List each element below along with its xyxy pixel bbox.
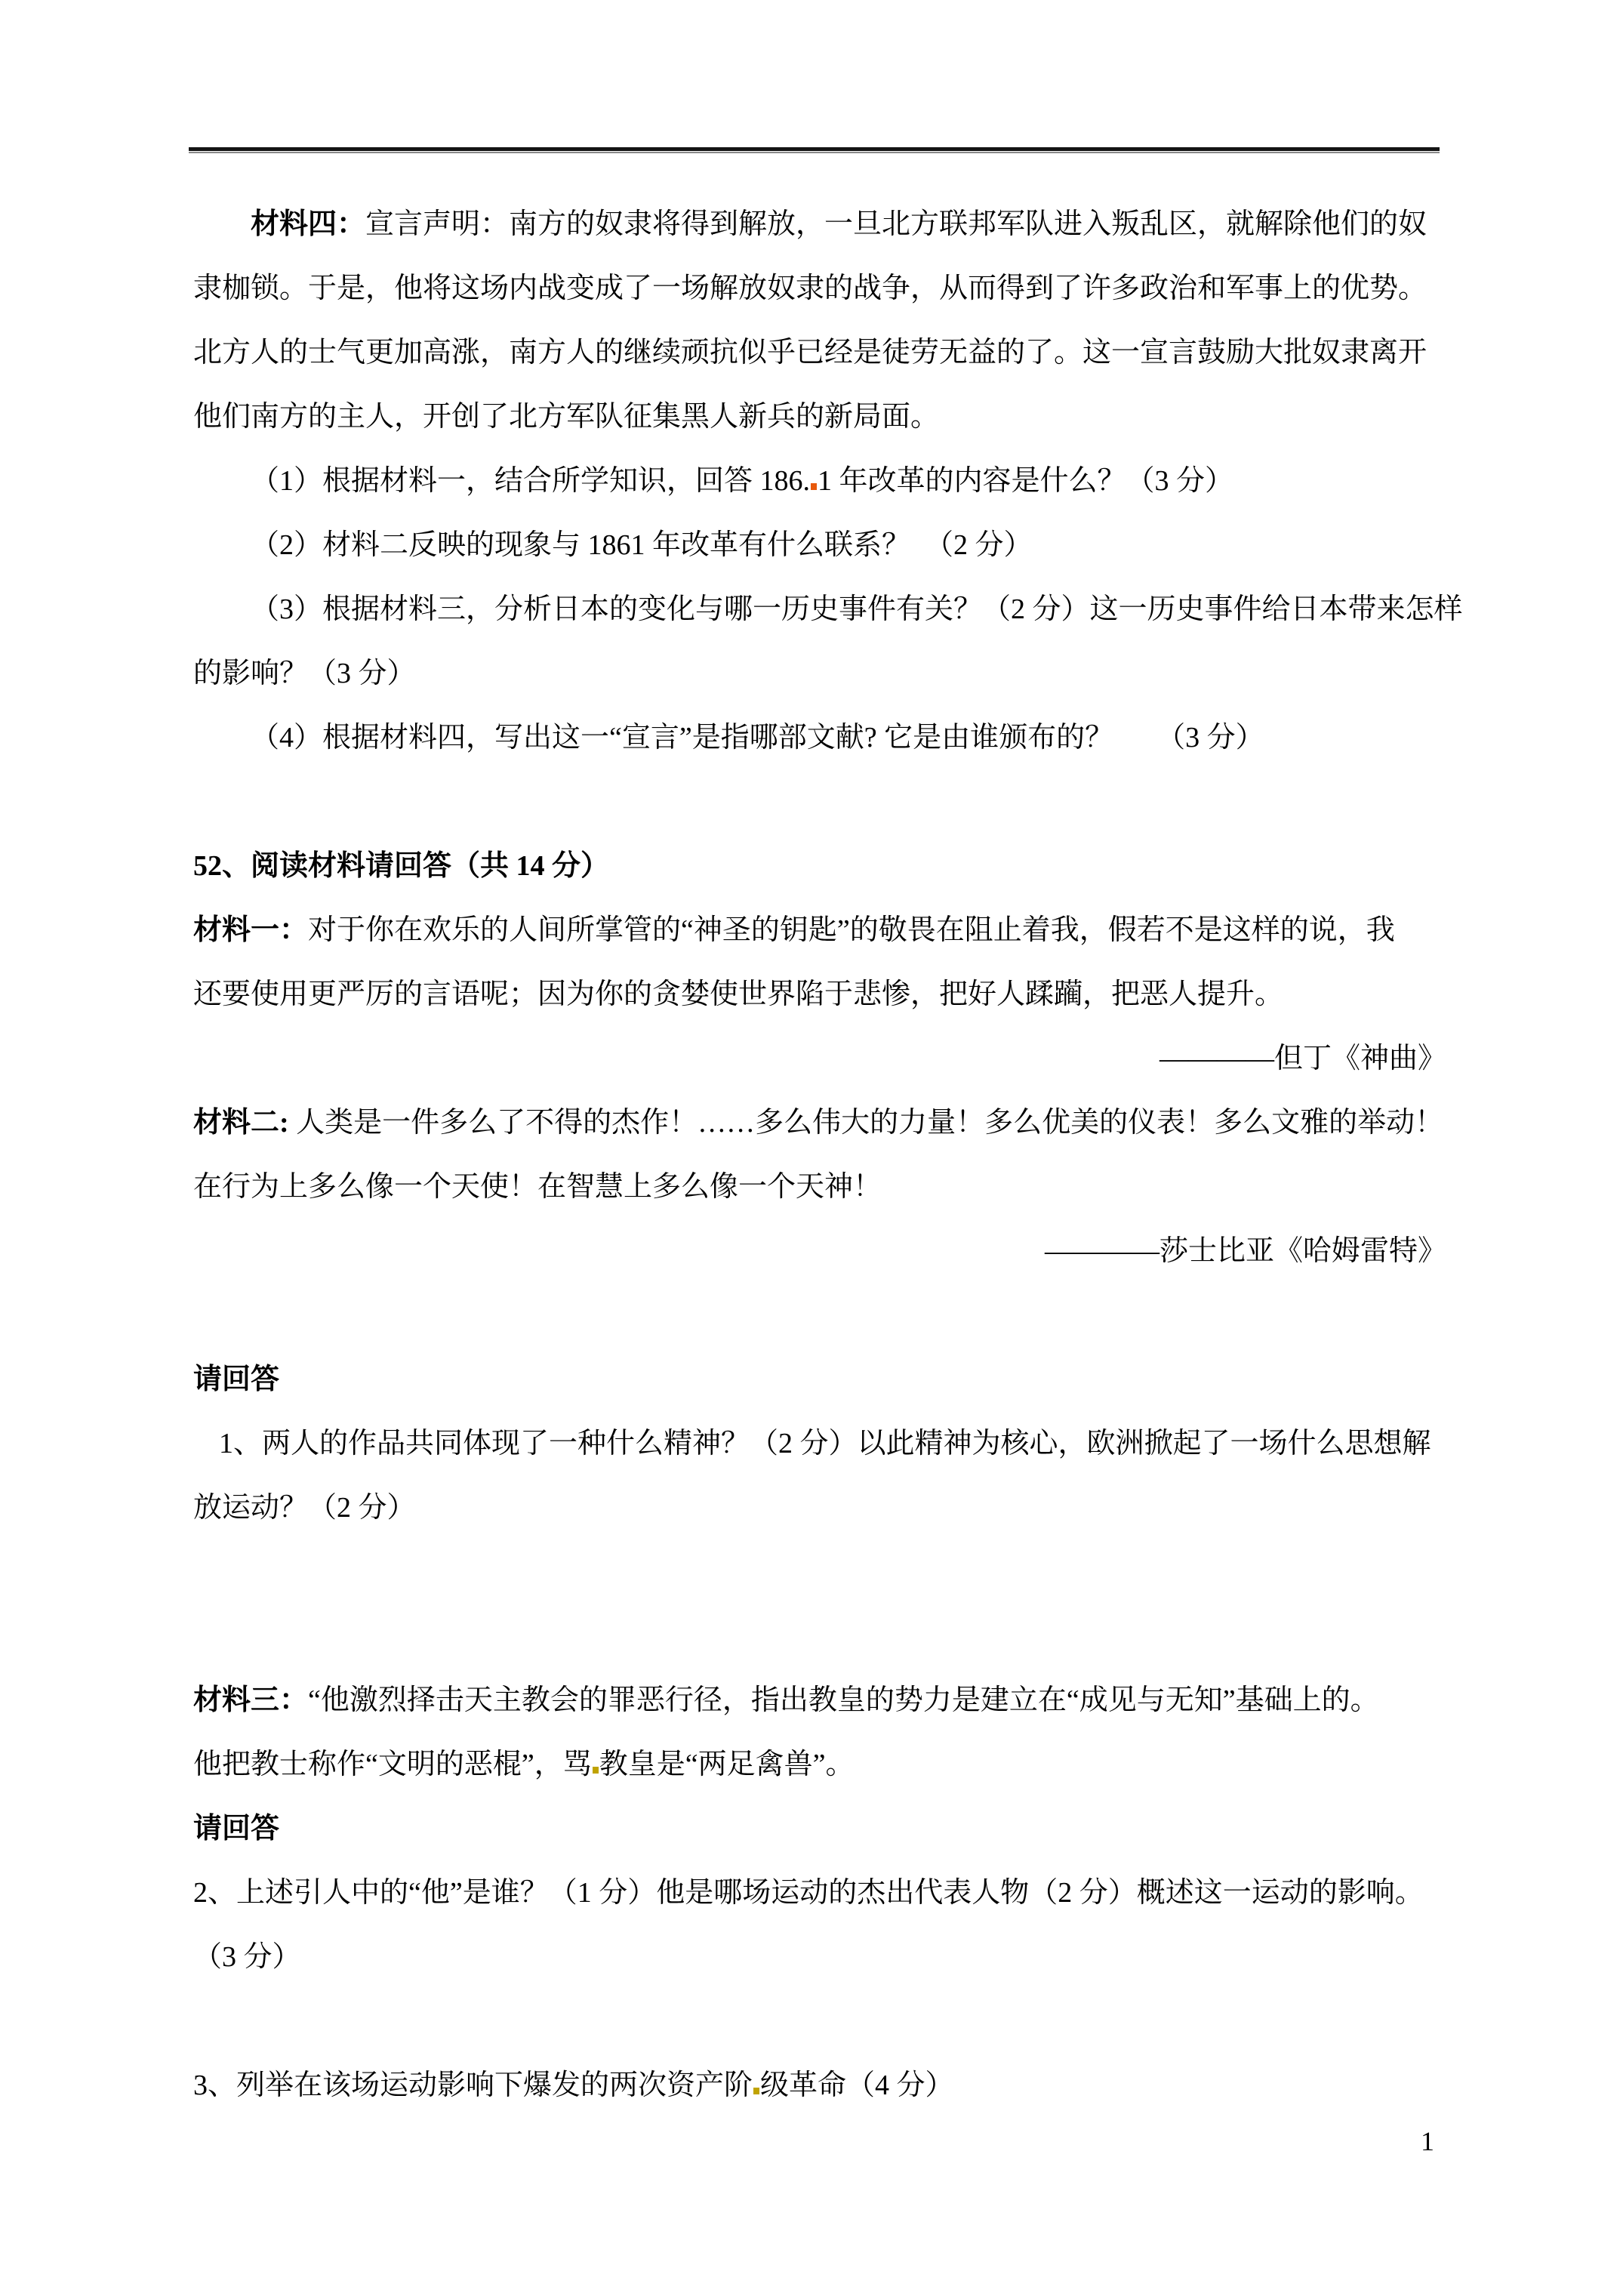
text-run: 对于你在欢乐的人间所掌管的“神圣的钥匙”的敬畏在阻止着我，假若不是这样的说，我 — [308, 914, 1395, 946]
bold-text-run: 请回答 — [193, 1813, 279, 1845]
document-content: 材料四：宣言声明：南方的奴隶将得到解放，一旦北方联邦军队进入叛乱区，就解除他们的… — [193, 193, 1446, 2118]
bold-text-run: 52、阅读材料请回答（共 14 分） — [193, 850, 609, 882]
text-run: ————但丁《神曲》 — [1160, 1043, 1446, 1074]
document-line: 3、列举在该场运动影响下爆发的两次资产阶级革命（4 分） — [193, 2054, 1446, 2118]
blank-line — [193, 1540, 1446, 1604]
spellcheck-mark — [753, 2088, 759, 2094]
text-run: 1 年改革的内容是什么？（3 分） — [818, 465, 1233, 497]
document-line: 材料二: 人类是一件多么了不得的杰作！……多么伟大的力量！多么优美的仪表！多么文… — [193, 1091, 1446, 1155]
document-line: 还要使用更严厉的言语呢；因为你的贪婪使世界陷于悲惨，把好人蹂躏，把恶人提升。 — [193, 963, 1446, 1027]
document-line: 隶枷锁。于是，他将这场内战变成了一场解放奴隶的战争，从而得到了许多政治和军事上的… — [193, 257, 1446, 321]
text-run: （3）根据材料三，分析日本的变化与哪一历史事件有关？（2 分）这一历史事件给日本… — [251, 593, 1463, 625]
document-line: 2、上述引人中的“他”是谁？（1 分）他是哪场运动的杰出代表人物（2 分）概述这… — [193, 1861, 1446, 1925]
document-page: 材料四：宣言声明：南方的奴隶将得到解放，一旦北方联邦军队进入叛乱区，就解除他们的… — [0, 0, 1623, 2296]
header-rule — [189, 147, 1440, 153]
text-run: “他激烈择击天主教会的罪恶行径，指出教皇的势力是建立在“成见与无知”基础上的。 — [308, 1684, 1379, 1716]
text-run: 放运动？（2 分） — [193, 1492, 416, 1524]
bold-text-run: 请回答 — [193, 1364, 279, 1395]
document-line: 在行为上多么像一个天使！在智慧上多么像一个天神！ — [193, 1155, 1446, 1219]
spellcheck-mark — [811, 483, 817, 490]
text-run: ————莎士比亚《哈姆雷特》 — [1045, 1235, 1446, 1267]
document-line: 材料四：宣言声明：南方的奴隶将得到解放，一旦北方联邦军队进入叛乱区，就解除他们的… — [193, 193, 1446, 257]
bold-text-run: 材料三： — [193, 1684, 308, 1716]
document-line: 请回答 — [193, 1348, 1446, 1412]
blank-line — [193, 1989, 1446, 2054]
document-line: 请回答 — [193, 1797, 1446, 1861]
page-number: 1 — [1421, 2123, 1434, 2159]
bold-text-run: 材料一： — [193, 914, 308, 946]
blank-line — [193, 770, 1446, 834]
bold-text-run: 材料二: — [193, 1107, 289, 1139]
text-run: 2、上述引人中的“他”是谁？（1 分）他是哪场运动的杰出代表人物（2 分）概述这… — [193, 1877, 1424, 1909]
document-line: 他把教士称作“文明的恶棍”，骂教皇是“两足禽兽”。 — [193, 1733, 1446, 1797]
blank-line — [193, 1604, 1446, 1669]
text-run: （2）材料二反映的现象与 1861 年改革有什么联系？ （2 分） — [251, 529, 1033, 561]
text-run: 教皇是“两足禽兽”。 — [599, 1749, 855, 1780]
blank-line — [193, 1284, 1446, 1348]
document-line: 放运动？（2 分） — [193, 1476, 1446, 1540]
text-run: 还要使用更严厉的言语呢；因为你的贪婪使世界陷于悲惨，把好人蹂躏，把恶人提升。 — [193, 978, 1283, 1010]
document-line: （3 分） — [193, 1925, 1446, 1989]
document-line: 的影响？（3 分） — [193, 642, 1446, 706]
document-line: （2）材料二反映的现象与 1861 年改革有什么联系？ （2 分） — [193, 513, 1446, 578]
text-run: 隶枷锁。于是，他将这场内战变成了一场解放奴隶的战争，从而得到了许多政治和军事上的… — [193, 273, 1427, 304]
document-line: 材料一：对于你在欢乐的人间所掌管的“神圣的钥匙”的敬畏在阻止着我，假若不是这样的… — [193, 898, 1446, 963]
document-line: 1、两人的作品共同体现了一种什么精神？（2 分）以此精神为核心，欧洲掀起了一场什… — [193, 1412, 1446, 1476]
text-run: 3、列举在该场运动影响下爆发的两次资产阶 — [193, 2069, 753, 2101]
text-run: 宣言声明：南方的奴隶将得到解放，一旦北方联邦军队进入叛乱区，就解除他们的奴 — [365, 208, 1427, 240]
text-run: 1、两人的作品共同体现了一种什么精神？（2 分）以此精神为核心，欧洲掀起了一场什… — [219, 1428, 1431, 1459]
document-line: （4）根据材料四，写出这一“宣言”是指哪部文献? 它是由谁颁布的？ （3 分） — [193, 706, 1446, 770]
text-run: （4）根据材料四，写出这一“宣言”是指哪部文献? 它是由谁颁布的？ （3 分） — [251, 722, 1264, 754]
text-run: 的影响？（3 分） — [193, 658, 416, 689]
document-line: （3）根据材料三，分析日本的变化与哪一历史事件有关？（2 分）这一历史事件给日本… — [193, 578, 1446, 642]
text-run: （3 分） — [193, 1941, 301, 1973]
document-line: ————莎士比亚《哈姆雷特》 — [193, 1219, 1446, 1284]
text-run: 在行为上多么像一个天使！在智慧上多么像一个天神！ — [193, 1171, 882, 1203]
document-line: （1）根据材料一，结合所学知识，回答 186.1 年改革的内容是什么？（3 分） — [193, 449, 1446, 513]
text-run: 人类是一件多么了不得的杰作！……多么伟大的力量！多么优美的仪表！多么文雅的举动！ — [289, 1107, 1444, 1139]
spellcheck-mark — [593, 1767, 599, 1774]
document-line: 北方人的士气更加高涨，南方人的继续顽抗似乎已经是徒劳无益的了。这一宣言鼓励大批奴… — [193, 321, 1446, 385]
text-run: 北方人的士气更加高涨，南方人的继续顽抗似乎已经是徒劳无益的了。这一宣言鼓励大批奴… — [193, 337, 1427, 368]
document-line: ————但丁《神曲》 — [193, 1027, 1446, 1091]
document-line: 他们南方的主人，开创了北方军队征集黑人新兵的新局面。 — [193, 385, 1446, 449]
document-line: 材料三：“他激烈择击天主教会的罪恶行径，指出教皇的势力是建立在“成见与无知”基础… — [193, 1669, 1446, 1733]
document-line: 52、阅读材料请回答（共 14 分） — [193, 834, 1446, 898]
text-run: 他把教士称作“文明的恶棍”，骂 — [193, 1749, 592, 1780]
bold-text-run: 材料四： — [251, 208, 365, 240]
text-run: （1）根据材料一，结合所学知识，回答 186. — [251, 465, 810, 497]
text-run: 他们南方的主人，开创了北方军队征集黑人新兵的新局面。 — [193, 401, 939, 433]
text-run: 级革命（4 分） — [760, 2069, 954, 2101]
